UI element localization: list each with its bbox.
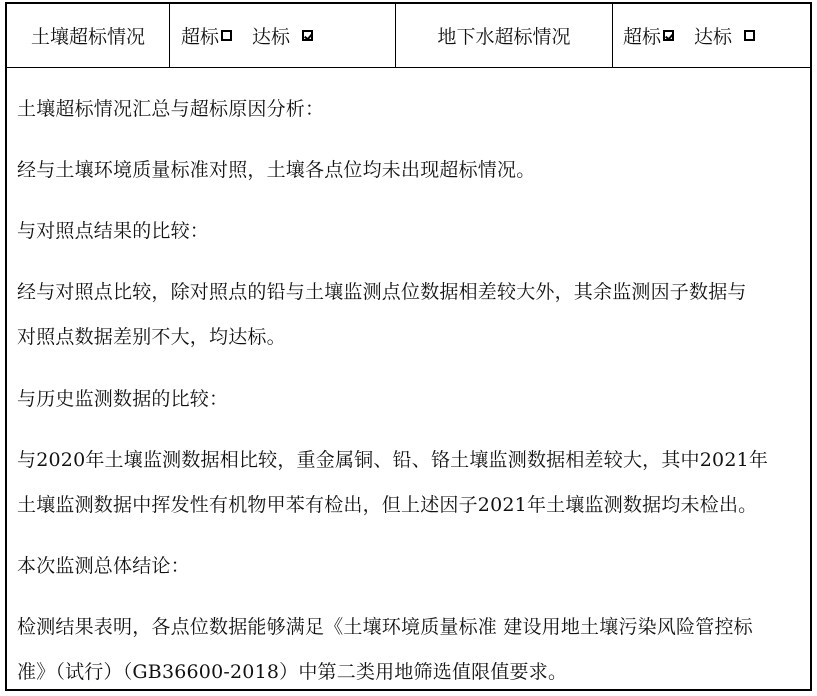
soil-compliant-option[interactable]: 达标 <box>252 22 313 49</box>
soil-compliant-checkbox-checked-icon[interactable] <box>302 30 313 41</box>
paragraph-control-comparison-1: 经与对照点比较，除对照点的铅与土壤监测点位数据相差较大外，其余监测因子数据与 <box>17 277 747 304</box>
paragraph-conclusion-2: 准》（试行）（GB36600-2018）中第二类用地筛选值限值要求。 <box>17 657 567 684</box>
paragraph-historical-1: 与2020年土壤监测数据相比较，重金属铜、铅、铬土壤监测数据相差较大，其中202… <box>17 445 768 472</box>
groundwater-compliant-checkbox-icon[interactable] <box>744 30 755 41</box>
soil-exceed-option[interactable]: 超标 <box>181 22 232 49</box>
heading-overall-conclusion: 本次监测总体结论： <box>17 551 190 578</box>
heading-control-comparison: 与对照点结果的比较： <box>17 216 209 243</box>
groundwater-exceedance-label: 地下水超标情况 <box>396 4 613 67</box>
groundwater-exceed-checkbox-checked-icon[interactable] <box>663 30 674 41</box>
paragraph-soil-standard: 经与土壤环境质量标准对照，土壤各点位均未出现超标情况。 <box>17 155 535 182</box>
analysis-body: 土壤超标情况汇总与超标原因分析： 经与土壤环境质量标准对照，土壤各点位均未出现超… <box>7 68 810 689</box>
groundwater-compliant-option[interactable]: 达标 <box>694 22 755 49</box>
paragraph-historical-2: 土壤监测数据中挥发性有机物甲苯有检出，但上述因子2021年土壤监测数据均未检出。 <box>17 490 757 517</box>
exceedance-table: 土壤超标情况 超标 达标 地下水超标情况 超标 达标 <box>5 2 812 691</box>
groundwater-exceedance-options: 超标 达标 <box>613 4 810 67</box>
table-header-row: 土壤超标情况 超标 达标 地下水超标情况 超标 达标 <box>7 4 810 68</box>
paragraph-conclusion-1: 检测结果表明，各点位数据能够满足《土壤环境质量标准 建设用地土壤污染风险管控标 <box>17 612 753 639</box>
heading-soil-summary: 土壤超标情况汇总与超标原因分析： <box>17 94 324 121</box>
groundwater-exceed-option[interactable]: 超标 <box>623 22 674 49</box>
soil-exceed-checkbox-icon[interactable] <box>221 30 232 41</box>
heading-historical-comparison: 与历史监测数据的比较： <box>17 384 228 411</box>
soil-exceedance-options: 超标 达标 <box>170 4 396 67</box>
soil-exceedance-label: 土壤超标情况 <box>7 4 170 67</box>
paragraph-control-comparison-2: 对照点数据差别不大，均达标。 <box>17 322 286 349</box>
